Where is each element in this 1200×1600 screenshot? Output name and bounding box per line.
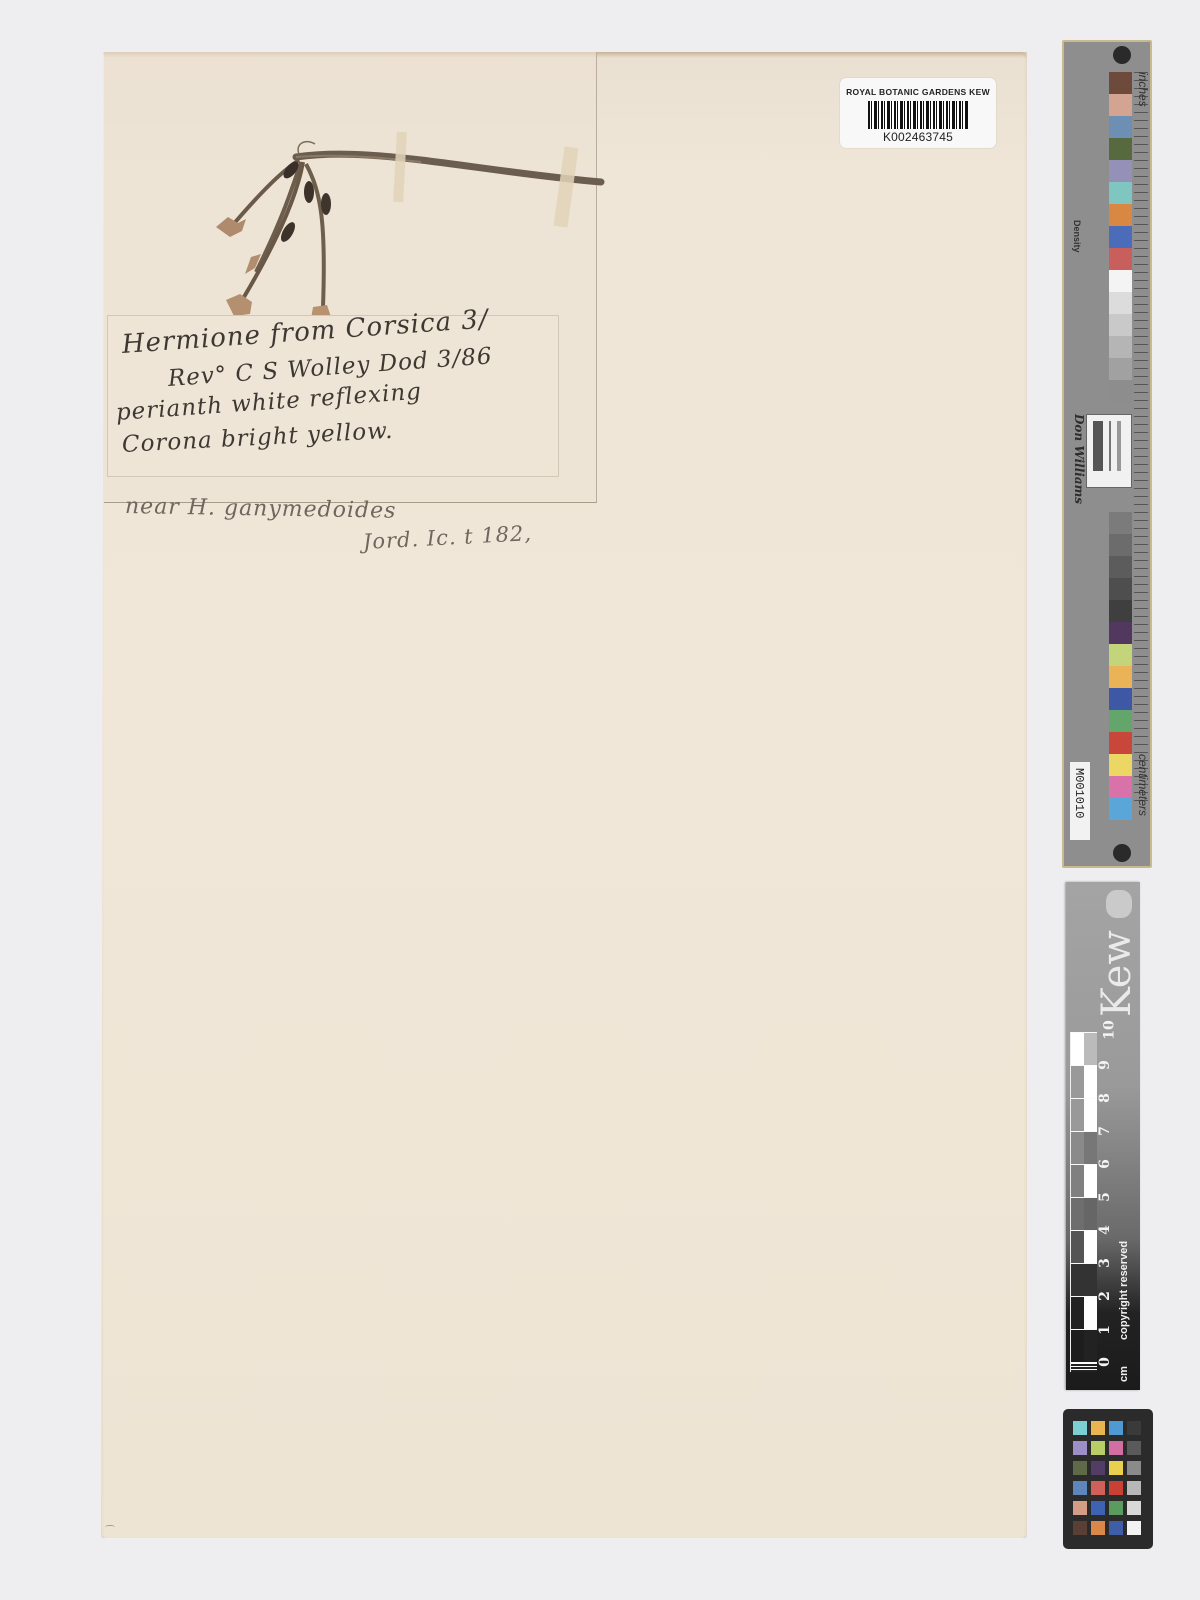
ruler-segment <box>1071 1197 1097 1230</box>
swatch <box>1109 644 1132 666</box>
kew-cm-ruler: Kew 0 1 2 3 4 5 6 7 8 9 10 copyright res… <box>1066 882 1140 1390</box>
cc-swatch <box>1091 1481 1105 1495</box>
ruler-number: 9 <box>1097 1060 1113 1070</box>
kew-logo: Kew <box>1094 930 1140 1017</box>
color-checker-card <box>1063 1409 1153 1549</box>
swatch <box>1109 72 1132 94</box>
cc-swatch <box>1091 1461 1105 1475</box>
ruler-number: 2 <box>1097 1291 1113 1301</box>
cc-swatch <box>1091 1521 1105 1535</box>
ruler-number: 7 <box>1097 1126 1113 1136</box>
ruler-number: 10 <box>1102 1020 1118 1039</box>
ruler-segment <box>1071 1329 1097 1362</box>
determination-annotation-line-1: near H. ganymedoides <box>125 494 397 524</box>
swatch <box>1109 138 1132 160</box>
ruler-segment <box>1071 1164 1097 1197</box>
swatch <box>1109 380 1132 402</box>
label-line-4: Corona bright yellow. <box>121 418 394 458</box>
inches-label: inches <box>1136 72 1150 107</box>
swatch <box>1109 600 1132 622</box>
ruler-segment <box>1071 1032 1097 1065</box>
ruler-number: 1 <box>1097 1325 1113 1335</box>
swatch <box>1109 226 1132 248</box>
barcode-label: ROYAL BOTANIC GARDENS KEW K002463745 <box>840 78 996 148</box>
hole-icon <box>1113 844 1131 862</box>
cc-swatch <box>1127 1521 1141 1535</box>
color-swatches-upper <box>1109 72 1132 402</box>
cc-swatch <box>1091 1501 1105 1515</box>
swatch <box>1109 710 1132 732</box>
ruler-segment <box>1071 1296 1097 1329</box>
resolution-target <box>1086 414 1132 488</box>
cm-unit-label: cm <box>1118 1366 1130 1382</box>
copyright-text: copyright reserved <box>1118 1241 1130 1340</box>
swatch <box>1109 798 1132 820</box>
ruler-segment <box>1071 1263 1097 1296</box>
cc-swatch <box>1073 1521 1087 1535</box>
swatch <box>1109 204 1132 226</box>
ruler-mm-ticks <box>1071 1362 1097 1372</box>
swatch <box>1109 314 1132 336</box>
barcode-number: K002463745 <box>840 130 996 144</box>
color-swatches-lower <box>1109 512 1132 820</box>
swatch <box>1109 182 1132 204</box>
ruler-number: 4 <box>1097 1225 1113 1235</box>
swatch <box>1109 248 1132 270</box>
scale-id-text: M001010 <box>1072 768 1086 818</box>
swatch <box>1109 754 1132 776</box>
cc-swatch <box>1109 1521 1123 1535</box>
kew-crest-icon <box>1106 890 1132 918</box>
brand-label: Don Williams <box>1072 414 1086 504</box>
cc-swatch <box>1073 1501 1087 1515</box>
ruler-segment <box>1071 1065 1097 1098</box>
cc-swatch <box>1109 1421 1123 1435</box>
determination-annotation-line-2: Jord. Ic. t 182, <box>362 521 532 554</box>
swatch <box>1109 116 1132 138</box>
herbarium-sheet: Hermione from Corsica 3/ Rev° C S Wolley… <box>101 52 1027 1538</box>
swatch <box>1109 732 1132 754</box>
ruler-number: 0 <box>1097 1357 1113 1367</box>
inch-ticks <box>1134 72 1148 806</box>
cc-swatch <box>1109 1501 1123 1515</box>
cc-swatch <box>1073 1481 1087 1495</box>
barcode-icon <box>868 101 968 129</box>
cc-swatch <box>1127 1461 1141 1475</box>
cc-swatch <box>1091 1441 1105 1455</box>
corner-mark: ⌒ <box>105 1522 115 1537</box>
swatch <box>1109 160 1132 182</box>
swatch <box>1109 688 1132 710</box>
hole-icon <box>1113 46 1131 64</box>
density-label: Density <box>1072 220 1082 253</box>
ruler-segment <box>1071 1230 1097 1263</box>
swatch <box>1109 336 1132 358</box>
color-scale-strip: inches centimeters Density Don Williams <box>1062 40 1152 868</box>
cc-swatch <box>1109 1481 1123 1495</box>
centimeters-label: centimeters <box>1136 754 1150 816</box>
swatch <box>1109 622 1132 644</box>
ruler-scale-bar <box>1070 1032 1097 1372</box>
swatch <box>1109 94 1132 116</box>
cc-swatch <box>1109 1441 1123 1455</box>
scale-id-label: M001010 <box>1070 762 1090 840</box>
ruler-number: 8 <box>1097 1093 1113 1103</box>
swatch <box>1109 666 1132 688</box>
swatch <box>1109 556 1132 578</box>
swatch <box>1109 512 1132 534</box>
ruler-number: 5 <box>1097 1192 1113 1202</box>
ruler-number: 3 <box>1097 1258 1113 1268</box>
ruler-segment <box>1071 1098 1097 1131</box>
swatch <box>1109 534 1132 556</box>
ruler-number: 6 <box>1097 1159 1113 1169</box>
cc-swatch <box>1073 1421 1087 1435</box>
cc-swatch <box>1091 1421 1105 1435</box>
swatch <box>1109 358 1132 380</box>
cc-swatch <box>1073 1441 1087 1455</box>
cc-swatch <box>1073 1461 1087 1475</box>
cc-swatch <box>1127 1501 1141 1515</box>
swatch <box>1109 578 1132 600</box>
ruler-segment <box>1071 1131 1097 1164</box>
cc-swatch <box>1127 1481 1141 1495</box>
handwritten-label: Hermione from Corsica 3/ Rev° C S Wolley… <box>107 315 559 477</box>
institution-name: ROYAL BOTANIC GARDENS KEW <box>840 87 996 97</box>
cc-swatch <box>1109 1461 1123 1475</box>
cc-swatch <box>1127 1421 1141 1435</box>
swatch <box>1109 292 1132 314</box>
swatch <box>1109 776 1132 798</box>
cc-swatch <box>1127 1441 1141 1455</box>
swatch <box>1109 270 1132 292</box>
